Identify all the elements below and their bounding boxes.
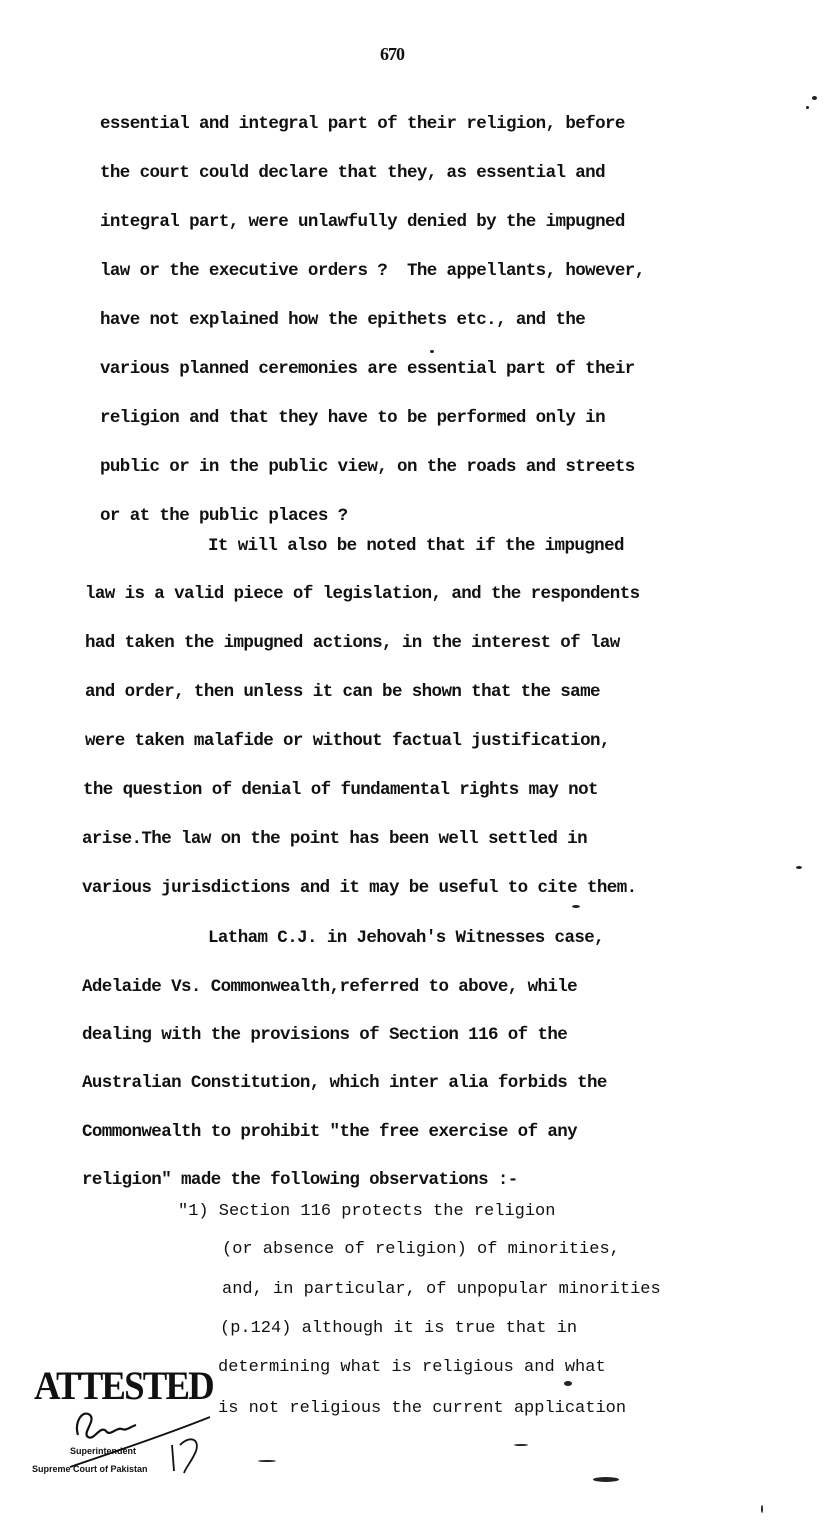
scan-speck xyxy=(514,1444,528,1446)
scan-speck xyxy=(761,1505,763,1513)
scanned-document-page: 670 essential and integral part of their… xyxy=(0,0,840,1540)
paragraph-3-line: religion" made the following observation… xyxy=(82,1170,518,1190)
paragraph-2-line: law is a valid piece of legislation, and… xyxy=(85,584,640,604)
scan-speck xyxy=(564,1381,572,1386)
paragraph-2-line: had taken the impugned actions, in the i… xyxy=(85,633,620,653)
scan-speck xyxy=(806,106,809,109)
paragraph-1-line: or at the public places ? xyxy=(100,506,348,526)
paragraph-3-line: Adelaide Vs. Commonwealth,referred to ab… xyxy=(82,977,577,997)
paragraph-2-line: the question of denial of fundamental ri… xyxy=(83,780,598,800)
quote-line: "1) Section 116 protects the religion xyxy=(178,1202,555,1222)
quote-line: and, in particular, of unpopular minorit… xyxy=(222,1280,661,1300)
paragraph-1-line: law or the executive orders ? The appell… xyxy=(100,261,645,281)
paragraph-2-line: and order, then unless it can be shown t… xyxy=(85,682,600,702)
quote-line: determining what is religious and what xyxy=(218,1358,606,1378)
paragraph-3-line: Latham C.J. in Jehovah's Witnesses case, xyxy=(208,928,604,948)
paragraph-3-line: Australian Constitution, which inter ali… xyxy=(82,1073,607,1093)
paragraph-1-line: various planned ceremonies are essential… xyxy=(100,359,635,379)
paragraph-1-line: public or in the public view, on the roa… xyxy=(100,457,635,477)
paragraph-1-line: have not explained how the epithets etc.… xyxy=(100,310,585,330)
attested-stamp-title: ATTESTED xyxy=(34,1362,213,1409)
paragraph-2-line: various jurisdictions and it may be usef… xyxy=(82,878,637,898)
paragraph-1-line: the court could declare that they, as es… xyxy=(100,163,605,183)
paragraph-3-line: dealing with the provisions of Section 1… xyxy=(82,1025,567,1045)
quote-line: (p.124) although it is true that in xyxy=(220,1319,577,1339)
page-number: 670 xyxy=(380,44,404,65)
paragraph-2-line: were taken malafide or without factual j… xyxy=(85,731,610,751)
quote-line: (or absence of religion) of minorities, xyxy=(222,1240,620,1260)
paragraph-2-line: arise.The law on the point has been well… xyxy=(82,829,587,849)
attested-stamp-line-1: Superintendent xyxy=(70,1446,136,1456)
paragraph-1-line: essential and integral part of their rel… xyxy=(100,114,625,134)
paragraph-1-line: religion and that they have to be perfor… xyxy=(100,408,605,428)
scan-speck xyxy=(572,905,580,908)
paragraph-3-line: Commonwealth to prohibit "the free exerc… xyxy=(82,1122,577,1142)
quote-line: is not religious the current application xyxy=(218,1399,626,1419)
scan-speck xyxy=(593,1477,619,1482)
paragraph-2-line: It will also be noted that if the impugn… xyxy=(208,536,624,556)
paragraph-1-line: integral part, were unlawfully denied by… xyxy=(100,212,625,232)
scan-speck xyxy=(812,96,817,100)
scan-speck xyxy=(430,350,434,353)
attested-stamp-line-2: Supreme Court of Pakistan xyxy=(32,1464,148,1474)
scan-speck xyxy=(796,866,802,869)
scan-speck xyxy=(258,1460,276,1462)
